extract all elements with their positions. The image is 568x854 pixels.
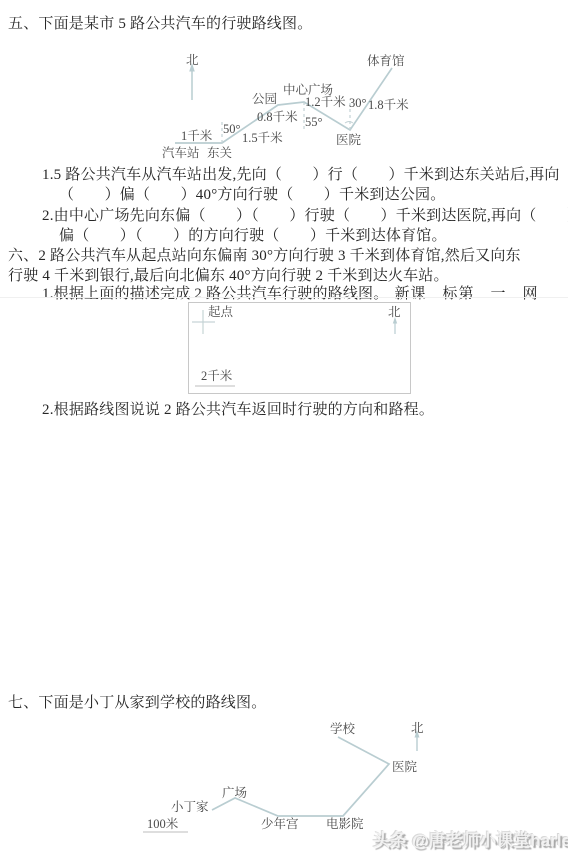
toutiao-watermark: 头条 @唐老师小课堂harley [373,826,568,851]
section5-q1-line2: （ ）偏（ ）40°方向行驶（ ）千米到达公园。 [59,186,445,204]
section7-title: 七、下面是小丁从家到学校的路线图。 [8,694,266,712]
label-dist-0-8km: 0.8千米 [257,110,298,124]
north-label: 北 [388,305,401,319]
north-arrow-icon [393,317,397,334]
label-cinema: 电影院 [326,817,364,831]
label-gymnasium: 体育馆 [367,54,405,68]
north-arrow-icon [189,63,195,100]
label-start-point: 起点 [208,305,233,319]
section5-q2-line2: 偏（ ）（ ）的方向行驶（ ）千米到达体育馆。 [59,227,447,245]
label-dist-1-8km: 1.8千米 [368,98,409,112]
label-scale-100m: 100米 [147,817,178,831]
section6-q1-text: 1.根据上面的描述完成 2 路公共汽车行驶的路线图。 [42,286,388,302]
section6-q1: 1.根据上面的描述完成 2 路公共汽车行驶的路线图。新课 标第 一 网 [42,285,538,303]
label-youth-palace: 少年宫 [261,817,299,831]
faint-separator [0,297,568,298]
section5-title: 五、下面是某市 5 路公共汽车的行驶路线图。 [8,15,312,33]
label-angle-30: 30° [349,96,367,110]
section6-q2: 2.根据路线图说说 2 路公共汽车返回时行驶的方向和路程。 [42,401,434,419]
label-dist-1km: 1千米 [181,129,212,143]
label-angle-55: 55° [305,115,323,129]
xkb-watermark: 新课 标第 一 网 [394,286,538,302]
label-dist-1-5km: 1.5千米 [242,131,283,145]
section5-route-diagram: 北 体育馆 中心广场 公园 1.2千米 30° 1.8千米 0.8千米 55° … [150,50,435,165]
label-plaza: 广场 [222,786,247,800]
label-school: 学校 [330,722,355,736]
north-label: 北 [411,721,424,735]
section6-intro-line1: 六、2 路公共汽车从起点站向东偏南 30°方向行驶 3 千米到体育馆,然后又向东 [8,247,521,265]
label-hospital: 医院 [392,760,417,774]
label-park: 公园 [252,92,277,106]
section5-q2-line1: 2.由中心广场先向东偏（ ）（ ）行驶（ ）千米到达医院,再向（ ） [42,207,568,225]
label-angle-50: 50° [223,122,241,136]
section6-intro-line2: 行驶 4 千米到银行,最后向北偏东 40°方向行驶 2 千米到达火车站。 [8,267,449,285]
angle-mark-hospital [345,122,353,124]
label-scale-2km: 2千米 [201,369,232,383]
label-bus-station: 汽车站 [162,146,200,160]
section6-route-box: 起点 北 2千米 [188,302,411,394]
label-hospital: 医院 [336,133,361,147]
label-dongguan: 东关 [207,146,232,160]
north-label: 北 [186,53,199,67]
label-home: 小丁家 [171,800,209,814]
worksheet-page: 五、下面是某市 5 路公共汽车的行驶路线图。 北 体育馆 中心广场 公园 1.2… [0,0,568,854]
home-to-school-route-line [212,737,389,816]
section5-q1-line1: 1.5 路公共汽车从汽车站出发,先向（ ）行（ ）千米到达东关站后,再向 [42,166,560,184]
label-dist-1-2km: 1.2千米 [305,95,346,109]
